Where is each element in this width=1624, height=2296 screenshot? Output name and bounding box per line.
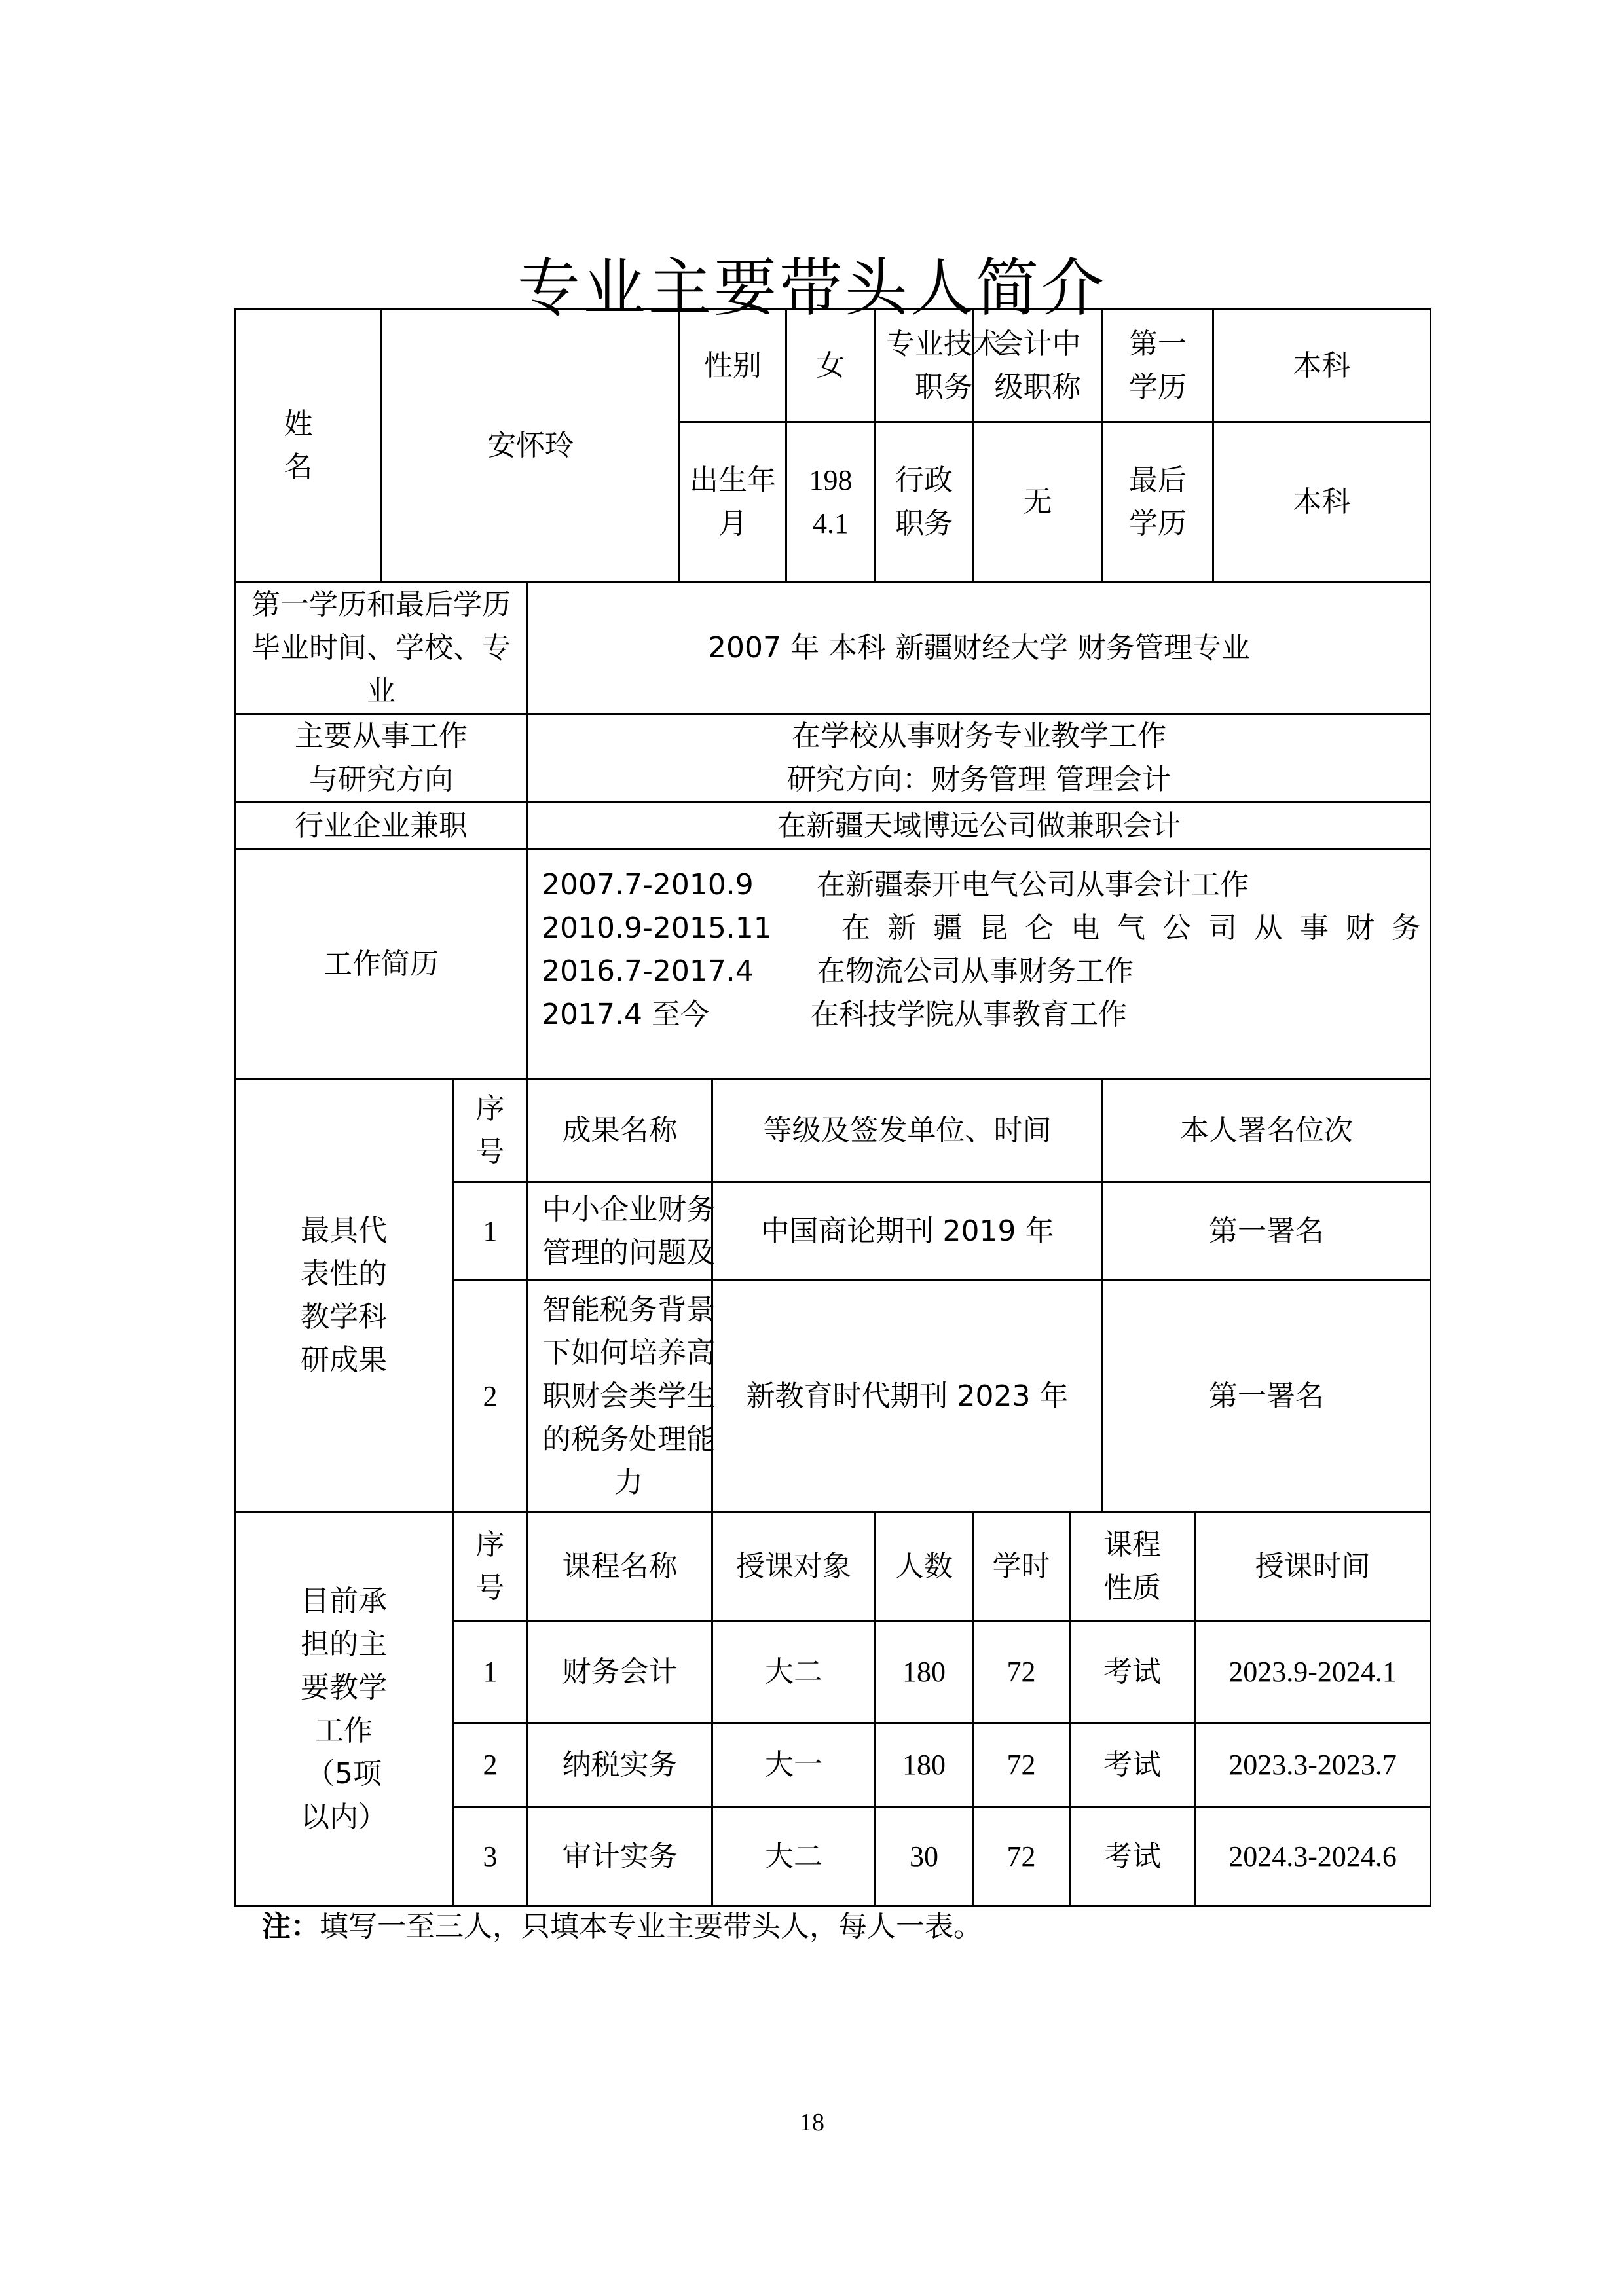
work-research-line2: 研究方向：财务管理 管理会计	[534, 758, 1424, 801]
work-research-label-cell: 主要从事工作与研究方向	[235, 714, 528, 803]
admin-post-value: 无	[1024, 485, 1052, 519]
resume-label-cell: 工作简历	[235, 850, 528, 1079]
first-degree-value-cell: 本科	[1213, 310, 1431, 422]
resume-desc: 在物流公司从事财务工作	[817, 950, 1134, 993]
course-hours: 72	[973, 1807, 1070, 1906]
footnote-prefix: 注：	[262, 1910, 320, 1943]
education-value-cell: 2007 年 本科 新疆财经大学 财务管理专业	[528, 583, 1431, 714]
tech-title-label: 专业技术职务	[881, 323, 1006, 409]
header-level-label: 等级及签发单位、时间	[764, 1114, 1052, 1147]
last-degree-label: 最后学历	[1126, 459, 1189, 545]
gender-value-cell: 女	[786, 310, 876, 422]
teaching-label: 目前承担的主要教学工作（5项以内）	[298, 1580, 390, 1839]
course-no: 1	[453, 1621, 528, 1723]
name-label: 姓名	[284, 403, 313, 489]
gender-label-cell: 性别	[680, 310, 786, 422]
course-period: 2023.3-2023.7	[1195, 1723, 1431, 1807]
achievements-header-name: 成果名称	[528, 1079, 712, 1182]
course-students: 180	[876, 1723, 973, 1807]
course-no: 2	[453, 1723, 528, 1807]
gender-label: 性别	[704, 349, 762, 382]
header-nature-label: 课程性质	[1101, 1523, 1164, 1610]
resume-period: 2010.9-2015.11	[542, 907, 841, 950]
resume-entry: 2007.7-2010.9在新疆泰开电气公司从事会计工作	[542, 864, 1424, 907]
achievements-header-no: 序号	[453, 1079, 528, 1182]
course-target: 大二	[712, 1621, 876, 1723]
course-period: 2023.9-2024.1	[1195, 1621, 1431, 1723]
course-students: 30	[876, 1807, 973, 1906]
course-hours: 72	[973, 1723, 1070, 1807]
first-degree-label: 第一学历	[1126, 323, 1189, 409]
header-rank-label: 本人署名位次	[1180, 1114, 1353, 1147]
course-name: 财务会计	[528, 1621, 712, 1723]
teaching-header-target: 授课对象	[712, 1512, 876, 1621]
tech-title-label-cell: 专业技术职务	[876, 310, 973, 422]
achievement-no: 1	[453, 1182, 528, 1281]
teaching-label-cell: 目前承担的主要教学工作（5项以内）	[235, 1512, 453, 1906]
birth-label: 出生年月	[687, 459, 779, 545]
course-nature: 考试	[1070, 1621, 1195, 1723]
admin-post-value-cell: 无	[973, 422, 1103, 583]
resume-entry: 2010.9-2015.11在 新 疆 昆 仑 电 气 公 司 从 事 财 务	[542, 907, 1424, 950]
course-name: 纳税实务	[528, 1723, 712, 1807]
work-research-value-cell: 在学校从事财务专业教学工作 研究方向：财务管理 管理会计	[528, 714, 1431, 803]
resume-period: 2007.7-2010.9	[542, 864, 817, 907]
achievement-name: 智能税务背景下如何培养高职财会类学生的税务处理能力	[528, 1281, 712, 1512]
first-degree-label-cell: 第一学历	[1103, 310, 1213, 422]
birth-value-cell: 1984.1	[786, 422, 876, 583]
part-time-value: 在新疆天域博远公司做兼职会计	[777, 809, 1181, 843]
achievement-name-text: 中小企业财务管理的问题及	[534, 1188, 724, 1275]
achievement-rank: 第一署名	[1103, 1182, 1431, 1281]
education-label-cell: 第一学历和最后学历毕业时间、学校、专业	[235, 583, 528, 714]
course-target: 大二	[712, 1807, 876, 1906]
course-period: 2024.3-2024.6	[1195, 1807, 1431, 1906]
resume-desc: 在新疆泰开电气公司从事会计工作	[817, 864, 1249, 907]
course-target: 大一	[712, 1723, 876, 1807]
name-value-cell: 安怀玲	[382, 310, 680, 583]
teaching-header-no: 序号	[453, 1512, 528, 1621]
resume-value-cell: 2007.7-2010.9在新疆泰开电气公司从事会计工作 2010.9-2015…	[528, 850, 1431, 1079]
achievement-rank: 第一署名	[1103, 1281, 1431, 1512]
admin-post-label-cell: 行政职务	[876, 422, 973, 583]
achievement-level: 中国商论期刊 2019 年	[712, 1182, 1103, 1281]
name-value: 安怀玲	[487, 429, 574, 462]
education-label: 第一学历和最后学历毕业时间、学校、专业	[251, 588, 511, 708]
resume-desc: 在科技学院从事教育工作	[810, 993, 1127, 1036]
last-degree-value: 本科	[1293, 485, 1351, 519]
course-nature: 考试	[1070, 1723, 1195, 1807]
teaching-header-students: 人数	[876, 1512, 973, 1621]
part-time-value-cell: 在新疆天域博远公司做兼职会计	[528, 803, 1431, 850]
footnote: 注：填写一至三人，只填本专业主要带头人，每人一表。	[262, 1903, 982, 1944]
achievements-header-rank: 本人署名位次	[1103, 1079, 1431, 1182]
course-students: 180	[876, 1621, 973, 1723]
birth-value: 1984.1	[800, 459, 862, 545]
achievements-header-level: 等级及签发单位、时间	[712, 1079, 1103, 1182]
course-hours: 72	[973, 1621, 1070, 1723]
resume-entry: 2016.7-2017.4在物流公司从事财务工作	[542, 950, 1424, 993]
page-number: 18	[0, 2108, 1624, 2137]
first-degree-value: 本科	[1293, 349, 1351, 382]
teaching-header-nature: 课程性质	[1070, 1512, 1195, 1621]
resume-label: 工作简历	[323, 947, 439, 981]
resume-period: 2017.4 至今	[542, 993, 810, 1036]
tech-title-value-cell: 会计中级职称	[973, 310, 1103, 422]
last-degree-label-cell: 最后学历	[1103, 422, 1213, 583]
header-no-label: 序号	[476, 1523, 505, 1610]
achievement-name: 中小企业财务管理的问题及	[528, 1182, 712, 1281]
gender-value: 女	[817, 349, 845, 382]
teaching-header-period: 授课时间	[1195, 1512, 1431, 1621]
profile-table: 姓名 安怀玲 性别 女 专业技术职务 会计中级职称 第一学历 本科 出生年月 1…	[234, 308, 1431, 1907]
header-no-label: 序号	[476, 1087, 505, 1174]
achievements-label: 最具代表性的教学科研成果	[298, 1209, 390, 1382]
resume-entry: 2017.4 至今在科技学院从事教育工作	[542, 993, 1424, 1036]
footnote-text: 填写一至三人，只填本专业主要带头人，每人一表。	[320, 1910, 982, 1943]
resume-desc: 在 新 疆 昆 仑 电 气 公 司 从 事 财 务	[841, 907, 1424, 950]
part-time-label: 行业企业兼职	[295, 809, 468, 843]
header-name-label: 成果名称	[563, 1114, 678, 1147]
teaching-header-course: 课程名称	[528, 1512, 712, 1621]
course-name: 审计实务	[528, 1807, 712, 1906]
achievement-no: 2	[453, 1281, 528, 1512]
achievements-label-cell: 最具代表性的教学科研成果	[235, 1079, 453, 1512]
achievement-name-text: 智能税务背景下如何培养高职财会类学生的税务处理能力	[534, 1288, 724, 1504]
part-time-label-cell: 行业企业兼职	[235, 803, 528, 850]
education-value: 2007 年 本科 新疆财经大学 财务管理专业	[708, 631, 1250, 665]
name-label-cell: 姓名	[235, 310, 382, 583]
teaching-header-hours: 学时	[973, 1512, 1070, 1621]
course-no: 3	[453, 1807, 528, 1906]
resume-period: 2016.7-2017.4	[542, 950, 817, 993]
admin-post-label: 行政职务	[895, 464, 953, 540]
work-research-line1: 在学校从事财务专业教学工作	[534, 715, 1424, 758]
last-degree-value-cell: 本科	[1213, 422, 1431, 583]
birth-label-cell: 出生年月	[680, 422, 786, 583]
work-research-label: 主要从事工作与研究方向	[283, 715, 479, 801]
course-nature: 考试	[1070, 1807, 1195, 1906]
achievement-level: 新教育时代期刊 2023 年	[712, 1281, 1103, 1512]
tech-title-value: 会计中级职称	[992, 323, 1084, 409]
